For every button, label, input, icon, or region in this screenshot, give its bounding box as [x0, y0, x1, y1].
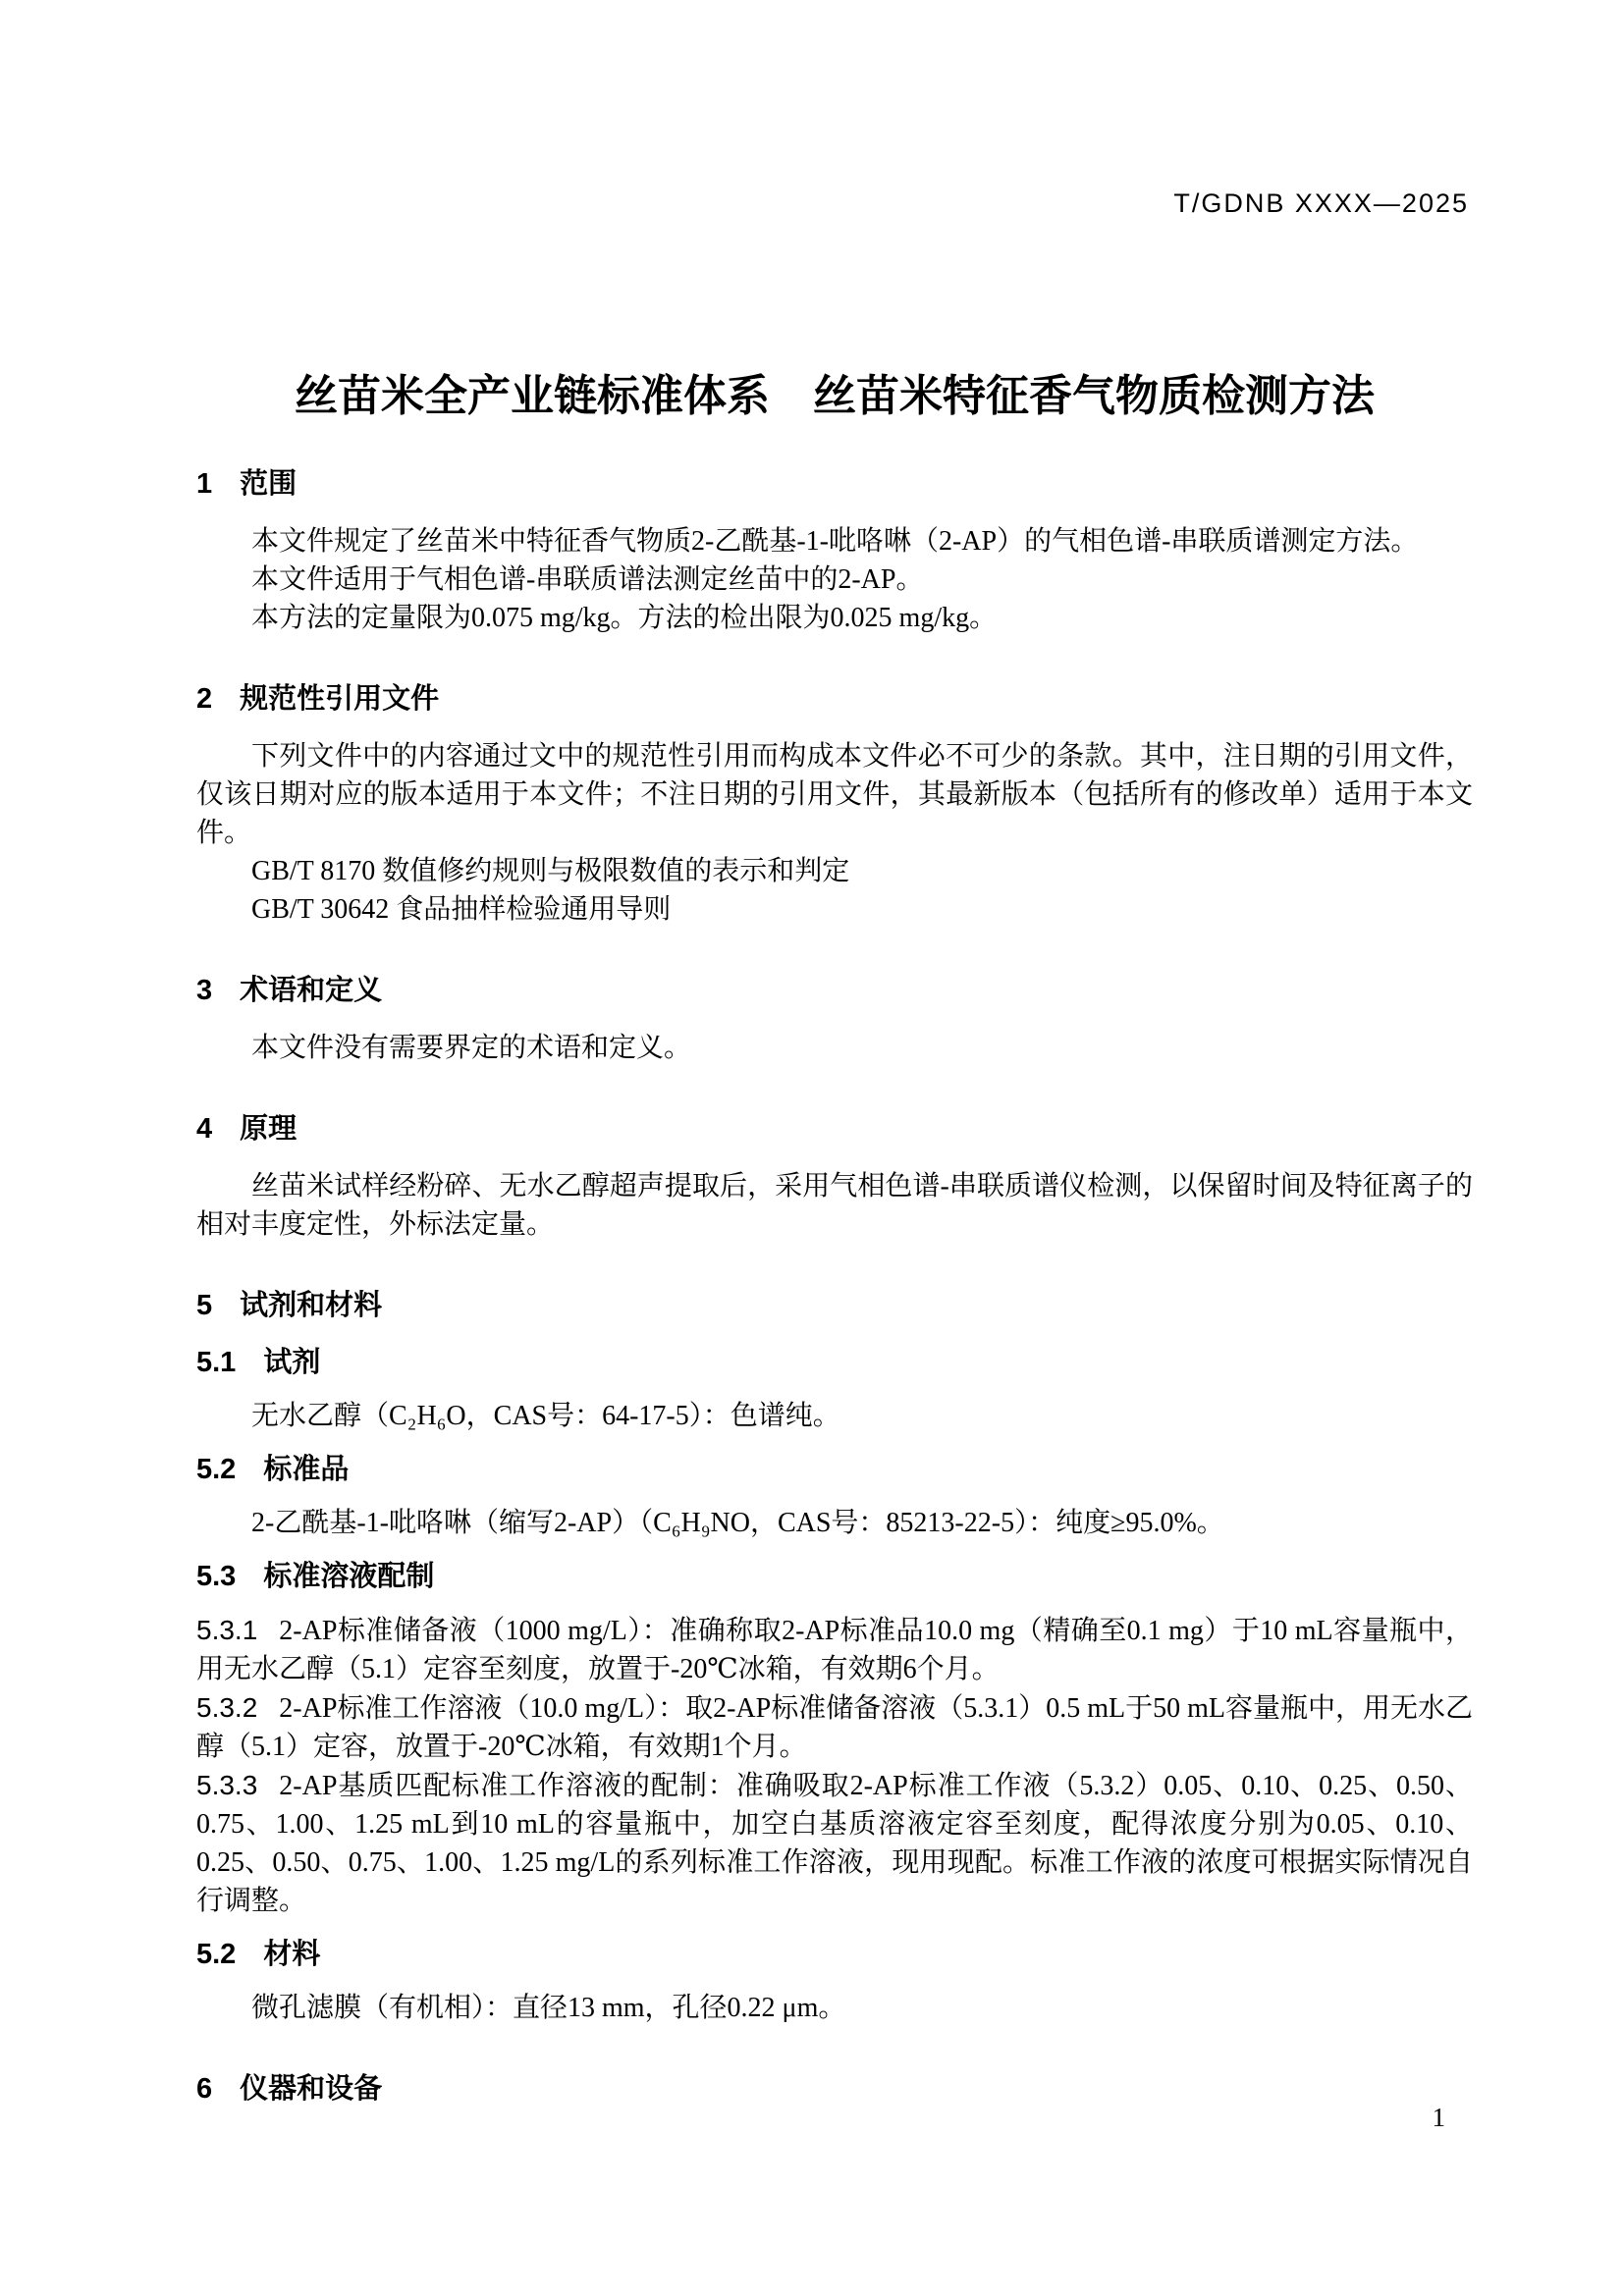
- subsection-heading-standard-solution: 5.3标准溶液配制: [196, 1558, 1473, 1595]
- paragraph: 无水乙醇（C₂H₆O，CAS号：64-17-5）：色谱纯。: [196, 1397, 1473, 1435]
- section-heading-terms-definitions: 3术语和定义: [196, 972, 1473, 1009]
- section-heading-scope: 1范围: [196, 465, 1473, 503]
- reference-item: GB/T 30642 食品抽样检验通用导则: [196, 890, 1473, 929]
- section-heading-instruments-equipment: 6仪器和设备: [196, 2070, 1473, 2108]
- section-heading-principle: 4原理: [196, 1110, 1473, 1148]
- clause-number: 5.3.2: [196, 1692, 257, 1723]
- section-title: 规范性引用文件: [240, 683, 439, 715]
- clause-number: 5.3.1: [196, 1615, 257, 1645]
- paragraph: 本方法的定量限为0.075 mg/kg。方法的检出限为0.025 mg/kg。: [196, 599, 1473, 637]
- subsection-title: 材料: [263, 1939, 320, 1970]
- document-title: 丝苗米全产业链标准体系 丝苗米特征香气物质检测方法: [196, 371, 1473, 422]
- document-content: 丝苗米全产业链标准体系 丝苗米特征香气物质检测方法 1范围 本文件规定了丝苗米中…: [0, 0, 1624, 2108]
- paragraph: 本文件没有需要界定的术语和定义。: [196, 1029, 1473, 1067]
- paragraph: 微孔滤膜（有机相）：直径13 mm，孔径0.22 μm。: [196, 1989, 1473, 2027]
- section-title: 仪器和设备: [240, 2073, 382, 2105]
- section-number: 3: [196, 972, 212, 1009]
- standard-number: T/GDNB XXXX—2025: [1173, 188, 1469, 219]
- section-title: 原理: [240, 1113, 297, 1145]
- section-number: 1: [196, 465, 212, 503]
- clause-paragraph: 5.3.12-AP标准储备液（1000 mg/L）：准确称取2-AP标准品10.…: [196, 1611, 1473, 1688]
- paragraph: 2-乙酰基-1-吡咯啉（缩写2-AP）（C₆H₉NO，CAS号：85213-22…: [196, 1504, 1473, 1542]
- clause-text: 2-AP标准工作溶液（10.0 mg/L）：取2-AP标准储备溶液（5.3.1）…: [196, 1693, 1473, 1762]
- section-heading-normative-references: 2规范性引用文件: [196, 680, 1473, 718]
- subsection-heading-reagents: 5.1试剂: [196, 1344, 1473, 1381]
- clause-text: 2-AP标准储备液（1000 mg/L）：准确称取2-AP标准品10.0 mg（…: [196, 1616, 1473, 1684]
- section-heading-reagents-materials: 5试剂和材料: [196, 1287, 1473, 1324]
- section-number: 4: [196, 1110, 212, 1148]
- paragraph: 丝苗米试样经粉碎、无水乙醇超声提取后，采用气相色谱-串联质谱仪检测，以保留时间及…: [196, 1167, 1473, 1244]
- subsection-title: 标准品: [263, 1454, 349, 1485]
- paragraph: 下列文件中的内容通过文中的规范性引用而构成本文件必不可少的条款。其中，注日期的引…: [196, 737, 1473, 852]
- paragraph: 本文件适用于气相色谱-串联质谱法测定丝苗中的2-AP。: [196, 561, 1473, 599]
- paragraph: 本文件规定了丝苗米中特征香气物质2-乙酰基-1-吡咯啉（2-AP）的气相色谱-串…: [196, 522, 1473, 561]
- section-title: 术语和定义: [240, 975, 382, 1006]
- document-page: T/GDNB XXXX—2025 丝苗米全产业链标准体系 丝苗米特征香气物质检测…: [0, 0, 1624, 2296]
- subsection-title: 试剂: [263, 1347, 320, 1378]
- section-title: 试剂和材料: [240, 1290, 382, 1321]
- subsection-number: 5.2: [196, 1451, 236, 1488]
- subsection-number: 5.2: [196, 1936, 236, 1973]
- clause-paragraph: 5.3.22-AP标准工作溶液（10.0 mg/L）：取2-AP标准储备溶液（5…: [196, 1688, 1473, 1766]
- clause-paragraph: 5.3.32-AP基质匹配标准工作溶液的配制：准确吸取2-AP标准工作液（5.3…: [196, 1766, 1473, 1920]
- subsection-number: 5.1: [196, 1344, 236, 1381]
- subsection-title: 标准溶液配制: [263, 1561, 434, 1592]
- page-number: 1: [1433, 2103, 1446, 2133]
- clause-text: 2-AP基质匹配标准工作溶液的配制：准确吸取2-AP标准工作液（5.3.2）0.…: [196, 1771, 1473, 1916]
- section-title: 范围: [240, 468, 297, 500]
- reference-item: GB/T 8170 数值修约规则与极限数值的表示和判定: [196, 852, 1473, 890]
- subsection-heading-standard-substance: 5.2标准品: [196, 1451, 1473, 1488]
- section-number: 6: [196, 2070, 212, 2108]
- subsection-heading-materials: 5.2材料: [196, 1936, 1473, 1973]
- clause-number: 5.3.3: [196, 1770, 257, 1800]
- section-number: 2: [196, 680, 212, 718]
- subsection-number: 5.3: [196, 1558, 236, 1595]
- section-number: 5: [196, 1287, 212, 1324]
